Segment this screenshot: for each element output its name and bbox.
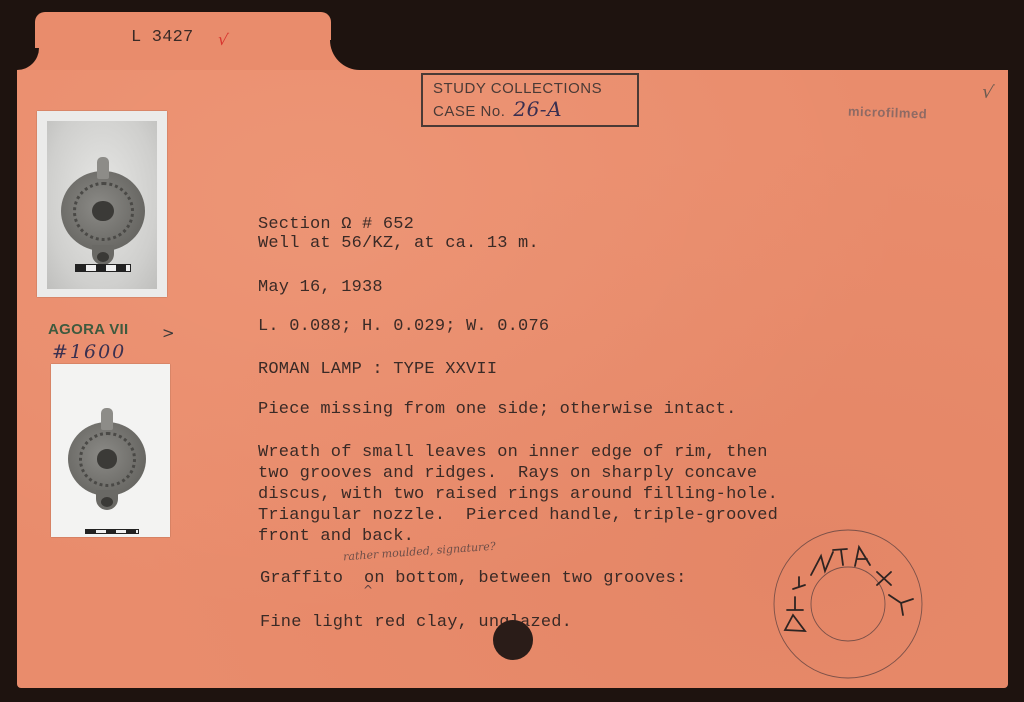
graffito-drawing xyxy=(771,527,925,681)
lamp-image xyxy=(68,422,146,496)
description-line: Wreath of small leaves on inner edge of … xyxy=(258,442,768,463)
lamp-photo-top xyxy=(37,111,167,297)
case-number: 26-A xyxy=(513,99,562,119)
punch-hole xyxy=(493,620,533,660)
description-line: discus, with two raised rings around fil… xyxy=(258,484,778,505)
scale-bar xyxy=(85,529,139,534)
study-collections-stamp: STUDY COLLECTIONS CASE No. 26-A xyxy=(421,73,639,127)
condition-line: Piece missing from one side; otherwise i… xyxy=(258,399,736,420)
agora-volume-label: AGORA VII xyxy=(48,321,128,338)
catalog-number: L 3427 xyxy=(131,27,193,48)
findspot-line: Well at 56/KZ, at ca. 13 m. xyxy=(258,233,539,254)
scale-bar xyxy=(75,264,131,272)
lamp-handle xyxy=(97,157,109,179)
dimensions-line: L. 0.088; H. 0.029; W. 0.076 xyxy=(258,316,549,337)
lamp-nozzle xyxy=(96,490,118,510)
description-line: Triangular nozzle. Pierced handle, tripl… xyxy=(258,505,778,526)
lamp-photo-second xyxy=(51,364,170,537)
lamp-filling-hole xyxy=(97,449,117,468)
section-line: Section Ω # 652 xyxy=(258,214,414,235)
agora-catalog-number: #1600 xyxy=(52,341,126,363)
lamp-image xyxy=(61,171,145,251)
stamp-case-line: CASE No. 26-A xyxy=(433,99,637,122)
insert-caret: ^ xyxy=(363,583,373,597)
stamp-case-label: CASE No. xyxy=(433,102,505,122)
agora-mark: > xyxy=(162,324,175,342)
graffito-line: Graffito on bottom, between two grooves: xyxy=(260,568,686,589)
date-line: May 16, 1938 xyxy=(258,277,383,298)
description-line: front and back. xyxy=(258,526,414,547)
description-line: two grooves and ridges. Rays on sharply … xyxy=(258,463,757,484)
lamp-filling-hole xyxy=(92,201,114,222)
microfilmed-stamp: microfilmed xyxy=(848,104,928,122)
stamp-title: STUDY COLLECTIONS xyxy=(433,79,637,99)
lamp-handle xyxy=(101,408,113,430)
type-line: ROMAN LAMP : TYPE XXVII xyxy=(258,359,497,380)
